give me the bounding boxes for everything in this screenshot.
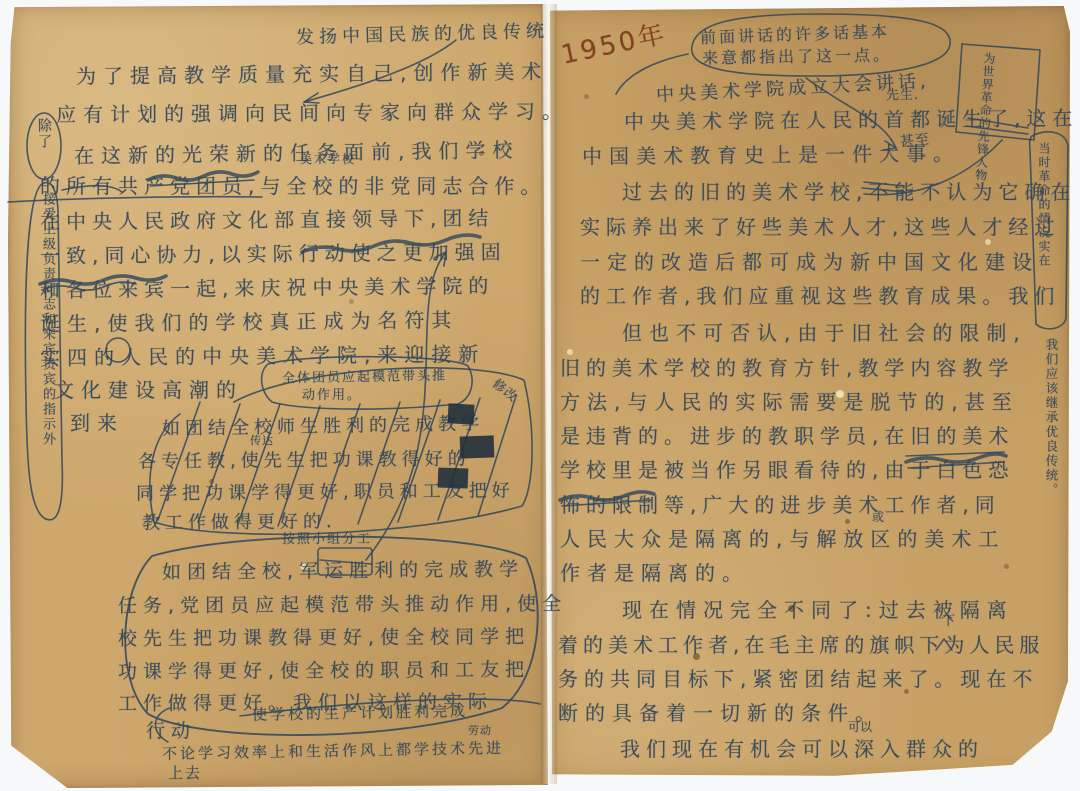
left-line-10: 文化建设高潮的 [54,374,243,403]
paper-flecks [0,0,4,4]
left-line-3: 在这新的光荣新的任务面前,我们学校 [74,134,520,169]
right-p5-line-1: 我们现在有机会可以深入群众的 [620,733,984,762]
right-p3-line-4: 是违背的。进步的教职学员,在旧的美术 [560,420,1014,449]
left-crossed-line-3: 同学把功课学得更好,职员和工友把好 [136,476,515,505]
left-line-4: 的所有共产党团员,与全校的非党同志合作。 [40,170,546,199]
left-line-2: 应有计划的强调向民间向专家向群众学习。 [56,95,569,128]
left-circled-block-insert: 按照小组分工 [282,528,372,547]
left-production-note: 使学校的生产计划胜利完成 [252,700,468,725]
left-line-7: 和各位来宾一起,来庆祝中央美术学院的 [40,270,495,304]
right-margin-note-lower: 我们应该继承优良传统。 [1042,338,1060,568]
right-margin-note-upper: 当时革命的情况实在 [1036,142,1053,332]
right-insert-keyi: 可以 [848,718,872,735]
right-p3-line-7: 人民大众是隔离的,与解放区的美术工 [560,523,1005,552]
right-p2-line-4: 的工作者,我们应重视这些教育成果。我们 [580,280,1060,309]
right-insert-huo: 或 [872,508,884,525]
right-p3-line-2: 旧的美术学校的教育方针,教学内容教学 [560,352,1014,381]
left-margin-note-top: 除了 [34,118,54,150]
left-line-11: 到来 [70,407,124,436]
left-margin-note-side: 接受上级负责同志和来宾贵宾的指示外 [38,192,57,512]
right-title-side-note: 先生. [886,84,919,103]
left-circled-line-1: 如团结全校,军运胜利的完成教学 [162,554,524,584]
left-circled-line-4: 功课学得更好,使全校的职员和工友把 [118,655,530,684]
right-p3-line-8: 作者是隔离的。 [560,557,749,586]
left-circled-line-2: 任务,党团员应起模范带头推动作用,使全 [118,589,567,618]
right-bubble-note-line-2: 来意都指出了这一点。 [702,42,892,68]
right-p3-line-1: 但也不可否认,由于旧社会的限制, [622,317,1027,346]
right-insert-above-dashi: 甚至 [899,129,931,152]
left-line-6: 一致,同心协力,以实际行动使之更加强固 [40,236,507,269]
right-p3-line-5: 学校里是被当作另眼看待的,由于白色恐 [560,454,1014,483]
left-insert-above-line4: 美术学校 [300,150,356,167]
left-line-1: 为了提高教学质量充实自己,创作新美术 [76,56,549,90]
left-insert-bubble-line-2: 动作用。 [302,384,362,403]
left-footer-line-2: 上去 [168,762,202,783]
right-p3-line-3: 方法,与人民的实际需要是脱节的,甚至 [560,386,1019,415]
left-footer-insert: 劳动 [468,722,492,738]
manuscript-photo: 发扬中国民族的优良传统 为了提高教学质量充实自己,创作新美术 应有计划的强调向民… [0,0,1080,791]
left-crossed-line-2: 各专任教,使先生把功课教得好的 [138,445,471,474]
right-insert-xia: 下 [942,610,955,629]
right-p3-line-6: 怖的限制等,广大的进步美术工作者,同 [560,489,1001,518]
left-line-8: 诞生,使我们的学校真正成为名符其 [40,304,459,337]
left-circled-line-3: 校先生把功课教得更好,使全校同学把 [118,622,530,651]
right-p4-line-4: 断的具备着一切新的条件。 [558,697,882,726]
right-p2-line-2: 实际养出来了好些美术人才,这些人才经过 [580,211,1060,240]
right-p2-line-1: 过去的旧的美术学校,不能不认为它确在 [622,176,1076,205]
right-p2-line-3: 一定的改造后都可成为新中国文化建设 [580,246,1039,275]
left-line-5: 在中央人民政府文化部直接领导下,团结 [40,202,495,235]
left-circled-line-6: 行动 [146,716,196,743]
right-p1-line-1: 中央美术学院在人民的首都诞生了,这在 [624,102,1079,135]
right-p4-line-2: 着的美术工作者,在毛主席的旗帜下为人民服 [558,629,1044,658]
right-p4-line-3: 务的共同目标下,紧密团结起来了。现在不 [558,663,1038,692]
